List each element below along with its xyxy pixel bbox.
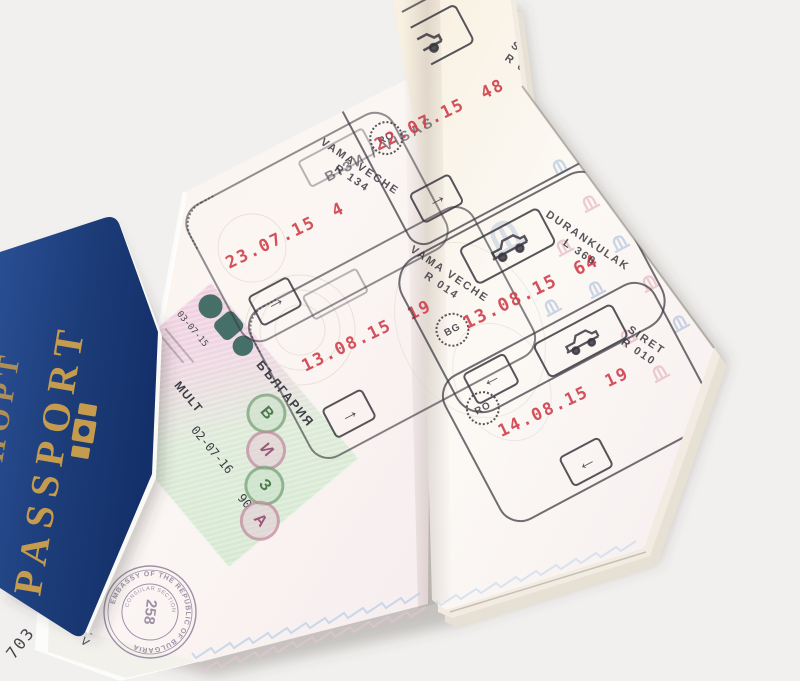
exit-arrow-icon: ←: [558, 436, 615, 488]
mrz-digits: 703: [2, 623, 38, 662]
stamp-dotted-corner: [178, 195, 232, 249]
visa-entries: MULT: [171, 378, 205, 415]
entry-arrow-icon: →: [321, 388, 378, 440]
stamp-date: 23.07.154: [223, 198, 349, 273]
passport-photo-scene: <<<<<< <<<< 703: [0, 0, 800, 681]
stamp-date: 14.08.1519: [495, 363, 632, 441]
visa-valid-until: 02-07-16: [188, 423, 236, 476]
